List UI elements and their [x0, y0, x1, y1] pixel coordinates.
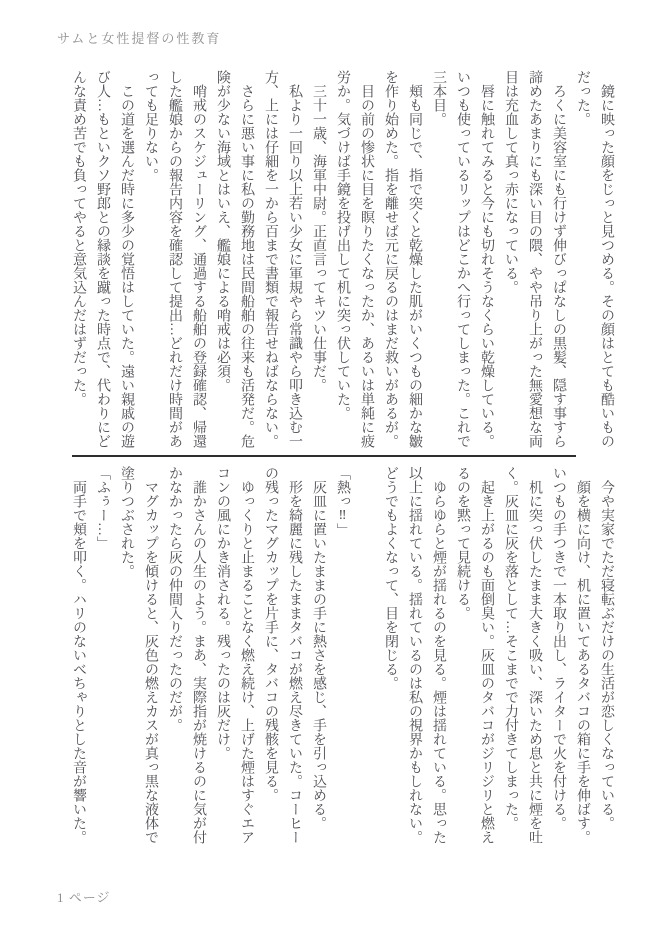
paragraph: ろくに美容室にも行けず伸びっぱなしの黒髪、隠す事すら諦めたあまりにも深い目の隈、… — [498, 70, 570, 449]
paragraph: 今や実家でただ寝転ぶだけの生活が恋しくなっている。 — [594, 466, 618, 845]
paragraph: 哨戒のスケジューリング、通過する船舶の登録確認、帰還した艦娘からの報告内容を確認… — [138, 70, 210, 449]
paragraph: 机に突っ伏したまま大きく吸い、深いため息と共に煙を吐く。灰皿に灰を落として…そこ… — [498, 466, 546, 845]
paragraph: 「熱っ‼」 — [330, 466, 354, 845]
section-divider — [72, 455, 576, 457]
paragraph: この道を選んだ時に多少の覚悟はしていた。遠い親戚の遊び人…もといクソ野郎との縁談… — [66, 70, 138, 449]
paragraph: 目の前の惨状に目を瞑りたくなったか、あるいは単純に疲労か。気づけば手鏡を投げ出し… — [330, 70, 378, 449]
paragraph: ゆっくりと止まることなく燃え続け、上げた煙はすぐエアコンの風にかき消される。残っ… — [210, 466, 258, 845]
page-number: 1 ページ — [57, 887, 111, 906]
paragraph: 鏡に映った顔をじっと見つめる。その顔はとても酷いものだった。 — [570, 70, 618, 449]
paragraph: マグカップを傾けると、灰色の燃えカスが真っ黒な液体で塗りつぶされた。 — [114, 466, 162, 845]
paragraph: 両手で頬を叩く。ハリのないべちゃりとした音が響いた。 — [66, 466, 90, 845]
paragraph: ゆらゆらと煙が揺れるのを見る。煙は揺れている。思った以上に揺れている。揺れている… — [378, 466, 450, 845]
paragraph: さらに悪い事に私の勤務地は民間船舶の往来も活発だ。危険が少ない海域とはいえ、艦娘… — [210, 70, 258, 449]
paragraph: 私より一回り以上若い少女に軍規やら常識やら叩き込む一方、上には仔細を一から百まで… — [258, 70, 306, 449]
paragraph: 頬も同じで、指で突くと乾燥した肌がいくつもの細かな皺を作り始めた。指を離せば元に… — [378, 70, 426, 449]
paragraph: 唇に触れてみると今にも切れそうなくらい乾燥している。いつも使っているリップはどこ… — [426, 70, 498, 449]
document-title: サムと女性提督の性教育 — [57, 28, 221, 47]
paragraph: 三十一歳、海軍中尉。正直言ってキツい仕事だ。 — [306, 70, 330, 449]
text-section-1: 鏡に映った顔をじっと見つめる。その顔はとても酷いものだった。 ろくに美容室にも行… — [66, 70, 618, 449]
paragraph: 形を綺麗に残したままタバコが燃え尽きていた。コーヒーの残ったマグカップを片手に、… — [258, 466, 306, 845]
paragraph: 顔を横に向け、机に置いてあるタバコの箱に手を伸ばす。いつもの手つきで一本取り出し… — [546, 466, 594, 845]
text-section-2: 今や実家でただ寝転ぶだけの生活が恋しくなっている。 顔を横に向け、机に置いてある… — [66, 466, 618, 845]
paragraph: 「ふぅー…」 — [90, 466, 114, 845]
paragraph: 起き上がるのも面倒臭い。灰皿のタバコがジリジリと燃えるのを黙って見続ける。 — [450, 466, 498, 845]
paragraph — [354, 466, 378, 845]
paragraph: 灰皿に置いたままの手に熱さを感じ、手を引っ込める。 — [306, 466, 330, 845]
paragraph: 誰かさんの人生のよう。まあ、実際指が焼けるのに気が付かなかったら灰の仲間入りだっ… — [162, 466, 210, 845]
